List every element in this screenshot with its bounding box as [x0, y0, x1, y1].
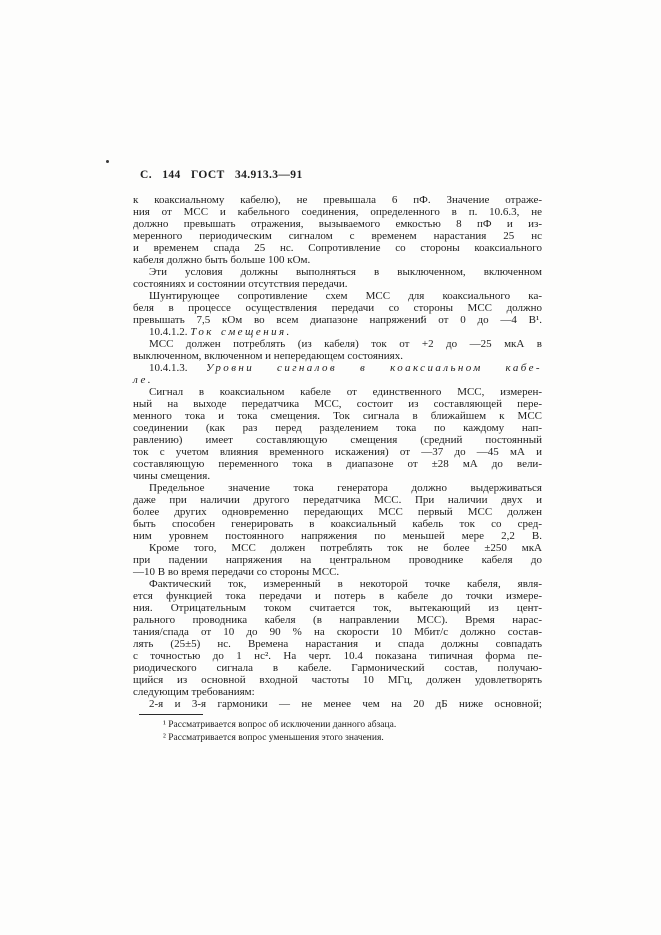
body-text: к коаксиальному кабелю), не превышала 6 …	[133, 194, 542, 710]
text-line: ле.	[133, 374, 542, 386]
line-text: Эти условия должны выполняться в выключе…	[149, 266, 542, 278]
line-text: равлению) имеет составляющую смещения (с…	[133, 434, 542, 446]
line-text: ется функцией тока передачи и потерь в к…	[133, 590, 542, 602]
text-line: менного тока и тока смещения. Ток сигнал…	[133, 410, 542, 422]
text-line: Фактический ток, измеренный в некоторой …	[133, 578, 542, 590]
clause-heading-text: Ток смещения.	[190, 326, 291, 338]
page-header: С. 144 ГОСТ 34.913.3—91	[140, 169, 542, 182]
text-line: к коаксиальному кабелю), не превышала 6 …	[133, 194, 542, 206]
footnote-item: ¹ Рассматривается вопрос об исключении д…	[163, 719, 542, 732]
text-line: Эти условия должны выполняться в выключе…	[133, 266, 542, 278]
footnote-divider	[139, 714, 203, 715]
line-text: 10.4.1.2.	[149, 326, 190, 338]
text-line: щийся из основной входной частоты 10 МГц…	[133, 674, 542, 686]
line-text: 10.4.1.3.	[149, 362, 206, 374]
line-text: составляющую переменного тока в диапазон…	[133, 458, 542, 470]
line-text: кабеля должно быть больше 100 кОм.	[133, 254, 310, 266]
line-text: ним уровнем постоянного напряжения по ме…	[133, 530, 542, 542]
text-line: превышать 7,5 кОм во всем диапазоне напр…	[133, 314, 542, 326]
text-line: —10 В во время передачи со стороны МСС.	[133, 566, 542, 578]
clause-heading-text: ле.	[133, 374, 153, 386]
line-text: лять (25±5) нс. Времена нарастания и спа…	[133, 638, 542, 650]
text-line: Шунтирующее сопротивление схем МСС для к…	[133, 290, 542, 302]
line-text: быть способен генерировать в коаксиальны…	[133, 518, 542, 530]
line-text: Сигнал в коаксиальном кабеле от единстве…	[149, 386, 542, 398]
footnote-item: ² Рассматривается вопрос уменьшения этог…	[163, 732, 542, 745]
text-line: выключенном, включенном и непередающем с…	[133, 350, 542, 362]
clause-heading-text: Уровни сигналов в коаксиальном кабе-	[206, 362, 542, 374]
text-line: риодического сигнала в кабеле. Гармониче…	[133, 662, 542, 674]
text-line: ния от МСС и кабельного соединения, опре…	[133, 206, 542, 218]
text-line: следующим требованиям:	[133, 686, 542, 698]
line-text: тания/спада от 10 до 90 % на скорости 10…	[133, 626, 542, 638]
line-text: щийся из основной входной частоты 10 МГц…	[133, 674, 542, 686]
line-text: состояниях и состоянии отсутствия переда…	[133, 278, 348, 290]
text-line: ним уровнем постоянного напряжения по ме…	[133, 530, 542, 542]
line-text: ния. Отрицательным током считается ток, …	[133, 602, 542, 614]
line-text: 2-я и 3-я гармоники — не менее чем на 20…	[149, 698, 542, 710]
text-line: рального проводника кабеля (в направлени…	[133, 614, 542, 626]
text-line: беля в процессе осуществления передачи с…	[133, 302, 542, 314]
line-text: с точностью до 1 нс². На черт. 10.4 пока…	[133, 650, 542, 662]
text-line: Предельное значение тока генератора долж…	[133, 482, 542, 494]
text-line: составляющую переменного тока в диапазон…	[133, 458, 542, 470]
text-line: лять (25±5) нс. Времена нарастания и спа…	[133, 638, 542, 650]
footnotes: ¹ Рассматривается вопрос об исключении д…	[133, 719, 542, 744]
line-text: при падении напряжения на центральном пр…	[133, 554, 542, 566]
text-line: МСС должен потреблять (из кабеля) ток от…	[133, 338, 542, 350]
line-text: более других одновременно передающих МСС…	[133, 506, 542, 518]
text-line: равлению) имеет составляющую смещения (с…	[133, 434, 542, 446]
line-text: менного тока и тока смещения. Ток сигнал…	[133, 410, 542, 422]
line-text: беля в процессе осуществления передачи с…	[133, 302, 542, 314]
line-text: даже при наличии другого передатчика МСС…	[133, 494, 542, 506]
text-line: должно превышать отражения, вызываемого …	[133, 218, 542, 230]
line-text: —10 В во время передачи со стороны МСС.	[133, 566, 339, 578]
line-text: ный на выходе передатчика МСС, состоит и…	[133, 398, 542, 410]
line-text: чины смещения.	[133, 470, 210, 482]
text-line: чины смещения.	[133, 470, 542, 482]
text-line: ется функцией тока передачи и потерь в к…	[133, 590, 542, 602]
line-text: к коаксиальному кабелю), не превышала 6 …	[133, 194, 542, 206]
text-line: Кроме того, МСС должен потреблять ток не…	[133, 542, 542, 554]
text-line: состояниях и состоянии отсутствия переда…	[133, 278, 542, 290]
document-page: С. 144 ГОСТ 34.913.3—91 к коаксиальному …	[0, 0, 661, 935]
line-text: выключенном, включенном и непередающем с…	[133, 350, 403, 362]
text-line: 10.4.1.2. Ток смещения.	[133, 326, 542, 338]
line-text: Предельное значение тока генератора долж…	[149, 482, 542, 494]
line-text: Кроме того, МСС должен потреблять ток не…	[149, 542, 542, 554]
line-text: риодического сигнала в кабеле. Гармониче…	[133, 662, 542, 674]
text-line: тания/спада от 10 до 90 % на скорости 10…	[133, 626, 542, 638]
text-line: быть способен генерировать в коаксиальны…	[133, 518, 542, 530]
scan-speck	[106, 160, 109, 163]
text-line: и временем спада 25 нс. Сопротивление со…	[133, 242, 542, 254]
line-text: МСС должен потреблять (из кабеля) ток от…	[149, 338, 542, 350]
text-line: Сигнал в коаксиальном кабеле от единстве…	[133, 386, 542, 398]
line-text: ток с учетом влияния временного искажени…	[133, 446, 542, 458]
line-text: рального проводника кабеля (в направлени…	[133, 614, 542, 626]
line-text: Шунтирующее сопротивление схем МСС для к…	[149, 290, 542, 302]
text-line: при падении напряжения на центральном пр…	[133, 554, 542, 566]
line-text: следующим требованиям:	[133, 686, 255, 698]
line-text: соединении (как раз перед разделением то…	[133, 422, 542, 434]
text-line: 2-я и 3-я гармоники — не менее чем на 20…	[133, 698, 542, 710]
line-text: должно превышать отражения, вызываемого …	[133, 218, 542, 230]
line-text: и временем спада 25 нс. Сопротивление со…	[133, 242, 542, 254]
line-text: Фактический ток, измеренный в некоторой …	[149, 578, 542, 590]
text-line: кабеля должно быть больше 100 кОм.	[133, 254, 542, 266]
text-line: ный на выходе передатчика МСС, состоит и…	[133, 398, 542, 410]
text-line: ния. Отрицательным током считается ток, …	[133, 602, 542, 614]
text-line: 10.4.1.3. Уровни сигналов в коаксиальном…	[133, 362, 542, 374]
text-line: меренного периодическим сигналом с време…	[133, 230, 542, 242]
text-line: даже при наличии другого передатчика МСС…	[133, 494, 542, 506]
text-line: ток с учетом влияния временного искажени…	[133, 446, 542, 458]
text-block: С. 144 ГОСТ 34.913.3—91 к коаксиальному …	[133, 169, 542, 744]
line-text: меренного периодическим сигналом с време…	[133, 230, 542, 242]
text-line: с точностью до 1 нс². На черт. 10.4 пока…	[133, 650, 542, 662]
line-text: превышать 7,5 кОм во всем диапазоне напр…	[133, 314, 542, 326]
text-line: более других одновременно передающих МСС…	[133, 506, 542, 518]
line-text: ния от МСС и кабельного соединения, опре…	[133, 206, 542, 218]
text-line: соединении (как раз перед разделением то…	[133, 422, 542, 434]
